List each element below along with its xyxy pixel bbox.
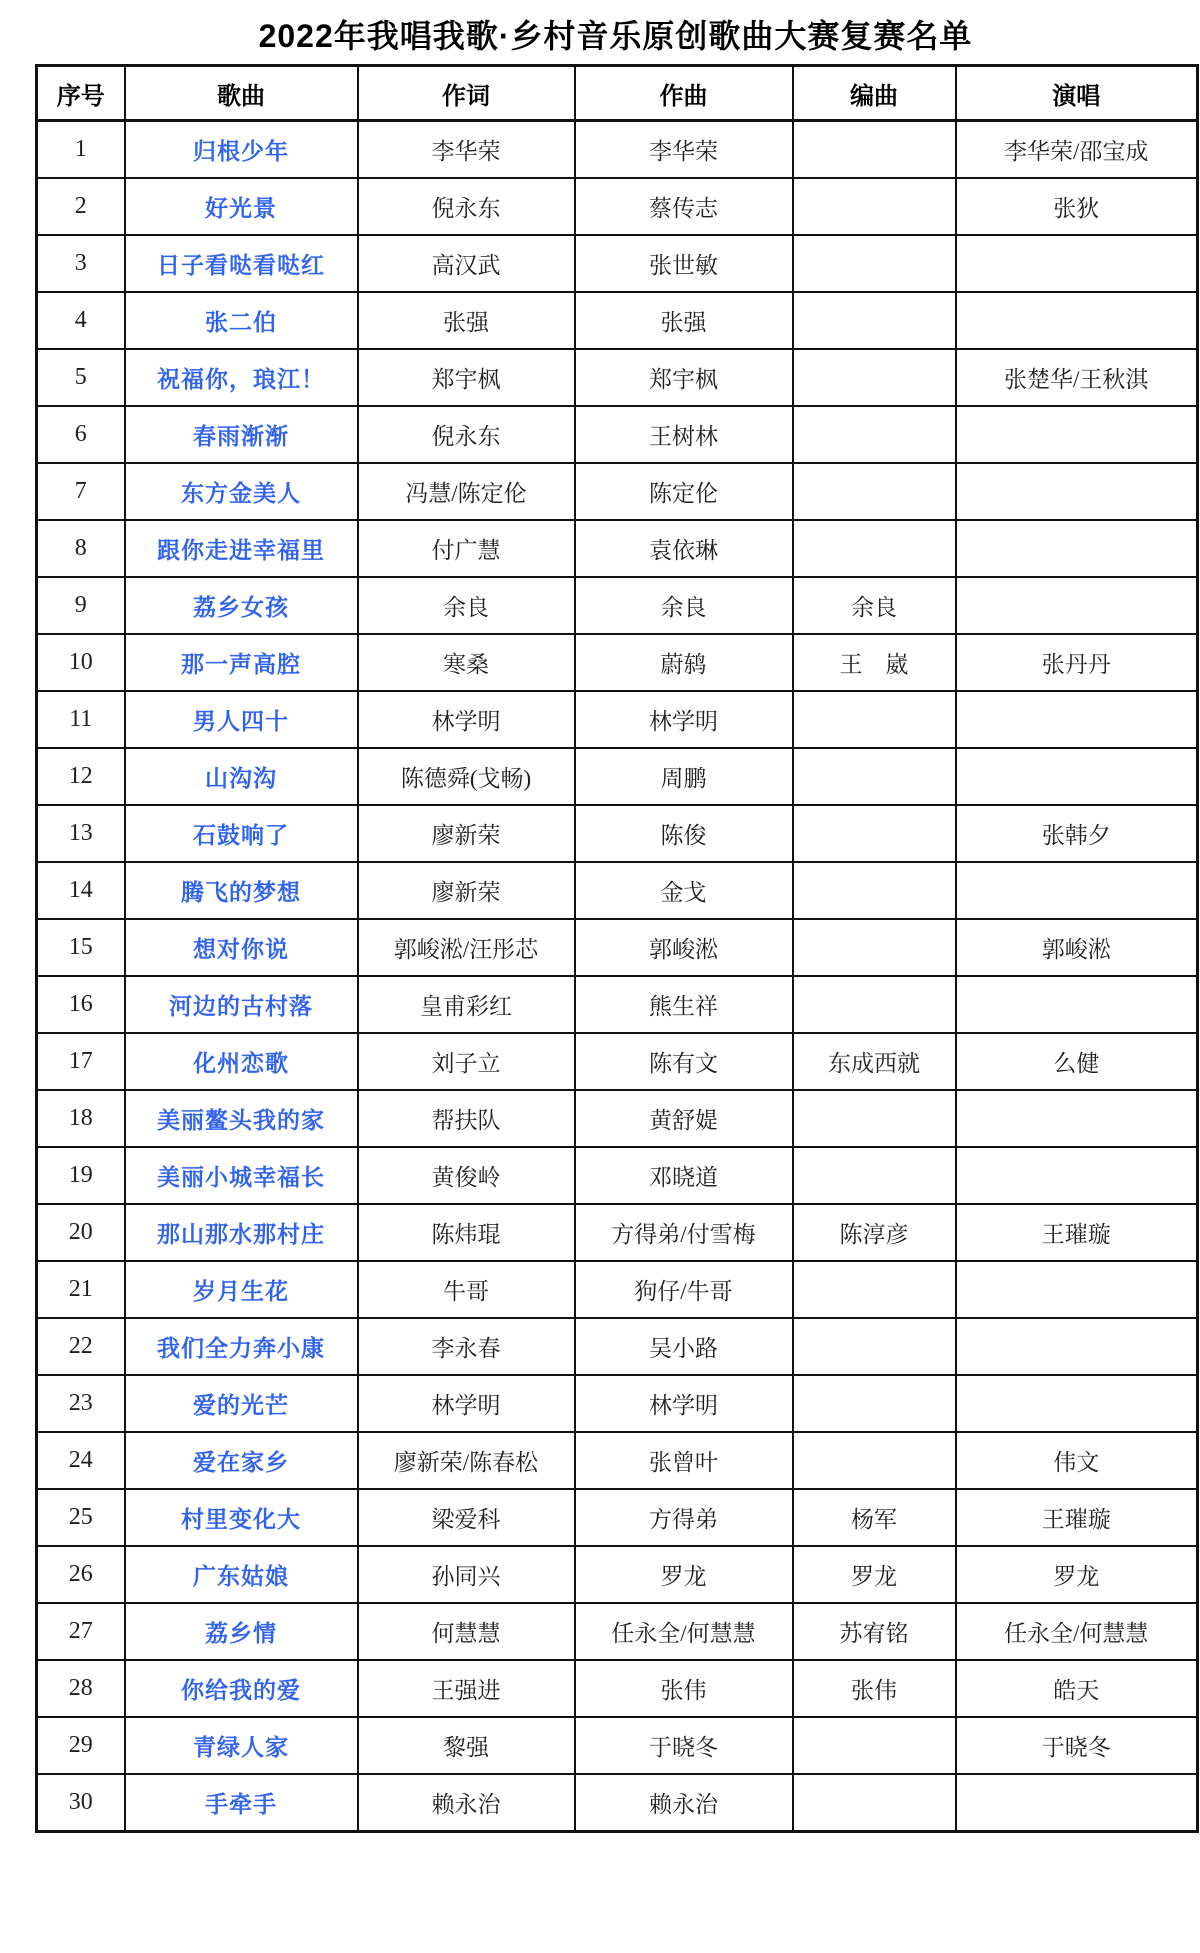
song-cell: 好光景 <box>125 178 358 235</box>
composer-cell: 蔡传志 <box>575 178 793 235</box>
index-cell: 4 <box>37 292 125 349</box>
table-row: 14 腾飞的梦想 廖新荣 金戈 <box>37 862 1198 919</box>
song-cell: 想对你说 <box>125 919 358 976</box>
singer-cell <box>956 748 1198 805</box>
header-arranger: 编曲 <box>793 66 956 121</box>
arranger-cell: 张伟 <box>793 1660 956 1717</box>
index-cell: 25 <box>37 1489 125 1546</box>
lyricist-cell: 王强进 <box>358 1660 575 1717</box>
singer-cell: 李华荣/邵宝成 <box>956 121 1198 179</box>
composer-cell: 王树林 <box>575 406 793 463</box>
composer-cell: 张伟 <box>575 1660 793 1717</box>
index-cell: 18 <box>37 1090 125 1147</box>
header-singer: 演唱 <box>956 66 1198 121</box>
composer-cell: 任永全/何慧慧 <box>575 1603 793 1660</box>
singer-cell: 张狄 <box>956 178 1198 235</box>
table-body: 1 归根少年 李华荣 李华荣 李华荣/邵宝成 2 好光景 倪永东 蔡传志 张狄 … <box>37 121 1198 1832</box>
song-cell: 腾飞的梦想 <box>125 862 358 919</box>
composer-cell: 周鹏 <box>575 748 793 805</box>
table-row: 3 日子看哒看哒红 高汉武 张世敏 <box>37 235 1198 292</box>
lyricist-cell: 郭峻淞/汪彤芯 <box>358 919 575 976</box>
arranger-cell <box>793 919 956 976</box>
lyricist-cell: 廖新荣/陈春松 <box>358 1432 575 1489</box>
lyricist-cell: 倪永东 <box>358 178 575 235</box>
lyricist-cell: 黄俊岭 <box>358 1147 575 1204</box>
arranger-cell <box>793 1090 956 1147</box>
singer-cell <box>956 406 1198 463</box>
table-row: 22 我们全力奔小康 李永春 吴小路 <box>37 1318 1198 1375</box>
composer-cell: 狗仔/牛哥 <box>575 1261 793 1318</box>
index-cell: 14 <box>37 862 125 919</box>
song-cell: 爱的光芒 <box>125 1375 358 1432</box>
composer-cell: 邓晓道 <box>575 1147 793 1204</box>
singer-cell: 王璀璇 <box>956 1204 1198 1261</box>
index-cell: 10 <box>37 634 125 691</box>
header-index: 序号 <box>37 66 125 121</box>
song-cell: 岁月生花 <box>125 1261 358 1318</box>
index-cell: 26 <box>37 1546 125 1603</box>
composer-cell: 陈有文 <box>575 1033 793 1090</box>
table-row: 18 美丽鳌头我的家 帮扶队 黄舒媞 <box>37 1090 1198 1147</box>
lyricist-cell: 廖新荣 <box>358 862 575 919</box>
arranger-cell: 罗龙 <box>793 1546 956 1603</box>
song-cell: 美丽小城幸福长 <box>125 1147 358 1204</box>
lyricist-cell: 李华荣 <box>358 121 575 179</box>
song-cell: 张二伯 <box>125 292 358 349</box>
song-cell: 男人四十 <box>125 691 358 748</box>
table-row: 28 你给我的爱 王强进 张伟 张伟 皓天 <box>37 1660 1198 1717</box>
arranger-cell <box>793 1261 956 1318</box>
arranger-cell <box>793 178 956 235</box>
index-cell: 1 <box>37 121 125 179</box>
lyricist-cell: 刘子立 <box>358 1033 575 1090</box>
composer-cell: 罗龙 <box>575 1546 793 1603</box>
table-row: 30 手牵手 赖永治 赖永治 <box>37 1774 1198 1832</box>
index-cell: 16 <box>37 976 125 1033</box>
arranger-cell <box>793 1432 956 1489</box>
singer-cell <box>956 1090 1198 1147</box>
singer-cell <box>956 292 1198 349</box>
lyricist-cell: 余良 <box>358 577 575 634</box>
composer-cell: 方得弟 <box>575 1489 793 1546</box>
lyricist-cell: 何慧慧 <box>358 1603 575 1660</box>
table-row: 4 张二伯 张强 张强 <box>37 292 1198 349</box>
index-cell: 5 <box>37 349 125 406</box>
lyricist-cell: 冯慧/陈定伦 <box>358 463 575 520</box>
index-cell: 20 <box>37 1204 125 1261</box>
song-cell: 那一声高腔 <box>125 634 358 691</box>
table-row: 9 荔乡女孩 余良 余良 余良 <box>37 577 1198 634</box>
arranger-cell: 王 崴 <box>793 634 956 691</box>
table-row: 10 那一声高腔 寒桑 蔚鸫 王 崴 张丹丹 <box>37 634 1198 691</box>
index-cell: 28 <box>37 1660 125 1717</box>
composer-cell: 金戈 <box>575 862 793 919</box>
song-cell: 青绿人家 <box>125 1717 358 1774</box>
table-row: 15 想对你说 郭峻淞/汪彤芯 郭峻淞 郭峻淞 <box>37 919 1198 976</box>
arranger-cell: 杨军 <box>793 1489 956 1546</box>
table-row: 6 春雨渐渐 倪永东 王树林 <box>37 406 1198 463</box>
composer-cell: 蔚鸫 <box>575 634 793 691</box>
table-row: 19 美丽小城幸福长 黄俊岭 邓晓道 <box>37 1147 1198 1204</box>
table-row: 29 青绿人家 黎强 于晓冬 于晓冬 <box>37 1717 1198 1774</box>
singer-cell: 皓天 <box>956 1660 1198 1717</box>
singer-cell: 罗龙 <box>956 1546 1198 1603</box>
lyricist-cell: 皇甫彩红 <box>358 976 575 1033</box>
contest-roster-table: 序号 歌曲 作词 作曲 编曲 演唱 1 归根少年 李华荣 李华荣 李华荣/邵宝成… <box>35 64 1199 1833</box>
lyricist-cell: 张强 <box>358 292 575 349</box>
table-row: 16 河边的古村落 皇甫彩红 熊生祥 <box>37 976 1198 1033</box>
song-cell: 归根少年 <box>125 121 358 179</box>
singer-cell: 张丹丹 <box>956 634 1198 691</box>
song-cell: 你给我的爱 <box>125 1660 358 1717</box>
arranger-cell: 余良 <box>793 577 956 634</box>
singer-cell: 于晓冬 <box>956 1717 1198 1774</box>
index-cell: 13 <box>37 805 125 862</box>
index-cell: 30 <box>37 1774 125 1832</box>
table-row: 26 广东姑娘 孙同兴 罗龙 罗龙 罗龙 <box>37 1546 1198 1603</box>
lyricist-cell: 郑宇枫 <box>358 349 575 406</box>
lyricist-cell: 陈炜琨 <box>358 1204 575 1261</box>
arranger-cell <box>793 691 956 748</box>
arranger-cell <box>793 520 956 577</box>
index-cell: 8 <box>37 520 125 577</box>
index-cell: 7 <box>37 463 125 520</box>
arranger-cell <box>793 121 956 179</box>
composer-cell: 林学明 <box>575 1375 793 1432</box>
table-row: 1 归根少年 李华荣 李华荣 李华荣/邵宝成 <box>37 121 1198 179</box>
header-song: 歌曲 <box>125 66 358 121</box>
table-row: 2 好光景 倪永东 蔡传志 张狄 <box>37 178 1198 235</box>
arranger-cell <box>793 1375 956 1432</box>
composer-cell: 袁依琳 <box>575 520 793 577</box>
singer-cell <box>956 862 1198 919</box>
arranger-cell <box>793 406 956 463</box>
composer-cell: 郑宇枫 <box>575 349 793 406</box>
header-lyricist: 作词 <box>358 66 575 121</box>
lyricist-cell: 林学明 <box>358 691 575 748</box>
composer-cell: 陈俊 <box>575 805 793 862</box>
arranger-cell <box>793 748 956 805</box>
song-cell: 跟你走进幸福里 <box>125 520 358 577</box>
lyricist-cell: 李永春 <box>358 1318 575 1375</box>
table-row: 11 男人四十 林学明 林学明 <box>37 691 1198 748</box>
song-cell: 石鼓响了 <box>125 805 358 862</box>
composer-cell: 张世敏 <box>575 235 793 292</box>
song-cell: 我们全力奔小康 <box>125 1318 358 1375</box>
table-row: 25 村里变化大 梁爱科 方得弟 杨军 王璀璇 <box>37 1489 1198 1546</box>
arranger-cell <box>793 349 956 406</box>
song-cell: 手牵手 <box>125 1774 358 1832</box>
singer-cell <box>956 1147 1198 1204</box>
composer-cell: 郭峻淞 <box>575 919 793 976</box>
arranger-cell <box>793 805 956 862</box>
index-cell: 23 <box>37 1375 125 1432</box>
singer-cell: 任永全/何慧慧 <box>956 1603 1198 1660</box>
singer-cell <box>956 577 1198 634</box>
lyricist-cell: 梁爱科 <box>358 1489 575 1546</box>
singer-cell <box>956 463 1198 520</box>
index-cell: 29 <box>37 1717 125 1774</box>
song-cell: 广东姑娘 <box>125 1546 358 1603</box>
arranger-cell: 东成西就 <box>793 1033 956 1090</box>
singer-cell <box>956 520 1198 577</box>
index-cell: 11 <box>37 691 125 748</box>
singer-cell: 伟文 <box>956 1432 1198 1489</box>
song-cell: 荔乡女孩 <box>125 577 358 634</box>
lyricist-cell: 倪永东 <box>358 406 575 463</box>
song-cell: 日子看哒看哒红 <box>125 235 358 292</box>
arranger-cell <box>793 976 956 1033</box>
lyricist-cell: 黎强 <box>358 1717 575 1774</box>
composer-cell: 熊生祥 <box>575 976 793 1033</box>
composer-cell: 林学明 <box>575 691 793 748</box>
composer-cell: 方得弟/付雪梅 <box>575 1204 793 1261</box>
singer-cell: 郭峻淞 <box>956 919 1198 976</box>
document-page: 2022年我唱我歌·乡村音乐原创歌曲大赛复赛名单 序号 歌曲 作词 作曲 编曲 … <box>0 0 1200 1953</box>
index-cell: 3 <box>37 235 125 292</box>
singer-cell <box>956 1318 1198 1375</box>
table-row: 8 跟你走进幸福里 付广慧 袁依琳 <box>37 520 1198 577</box>
index-cell: 27 <box>37 1603 125 1660</box>
lyricist-cell: 帮扶队 <box>358 1090 575 1147</box>
lyricist-cell: 孙同兴 <box>358 1546 575 1603</box>
arranger-cell <box>793 862 956 919</box>
singer-cell: 张韩夕 <box>956 805 1198 862</box>
index-cell: 15 <box>37 919 125 976</box>
song-cell: 那山那水那村庄 <box>125 1204 358 1261</box>
table-row: 5 祝福你，琅江！ 郑宇枫 郑宇枫 张楚华/王秋淇 <box>37 349 1198 406</box>
arranger-cell <box>793 1147 956 1204</box>
song-cell: 祝福你，琅江！ <box>125 349 358 406</box>
index-cell: 6 <box>37 406 125 463</box>
lyricist-cell: 赖永治 <box>358 1774 575 1832</box>
song-cell: 爱在家乡 <box>125 1432 358 1489</box>
table-row: 21 岁月生花 牛哥 狗仔/牛哥 <box>37 1261 1198 1318</box>
index-cell: 2 <box>37 178 125 235</box>
song-cell: 河边的古村落 <box>125 976 358 1033</box>
header-composer: 作曲 <box>575 66 793 121</box>
composer-cell: 于晓冬 <box>575 1717 793 1774</box>
singer-cell <box>956 976 1198 1033</box>
singer-cell <box>956 691 1198 748</box>
composer-cell: 李华荣 <box>575 121 793 179</box>
lyricist-cell: 陈德舜(戈畅) <box>358 748 575 805</box>
song-cell: 美丽鳌头我的家 <box>125 1090 358 1147</box>
song-cell: 化州恋歌 <box>125 1033 358 1090</box>
song-cell: 春雨渐渐 <box>125 406 358 463</box>
song-cell: 荔乡情 <box>125 1603 358 1660</box>
table-row: 27 荔乡情 何慧慧 任永全/何慧慧 苏宥铭 任永全/何慧慧 <box>37 1603 1198 1660</box>
composer-cell: 赖永治 <box>575 1774 793 1832</box>
composer-cell: 余良 <box>575 577 793 634</box>
index-cell: 9 <box>37 577 125 634</box>
singer-cell <box>956 1261 1198 1318</box>
lyricist-cell: 高汉武 <box>358 235 575 292</box>
table-row: 12 山沟沟 陈德舜(戈畅) 周鹏 <box>37 748 1198 805</box>
arranger-cell <box>793 292 956 349</box>
song-cell: 东方金美人 <box>125 463 358 520</box>
composer-cell: 黄舒媞 <box>575 1090 793 1147</box>
singer-cell <box>956 1774 1198 1832</box>
table-row: 20 那山那水那村庄 陈炜琨 方得弟/付雪梅 陈淳彦 王璀璇 <box>37 1204 1198 1261</box>
index-cell: 12 <box>37 748 125 805</box>
index-cell: 19 <box>37 1147 125 1204</box>
lyricist-cell: 寒桑 <box>358 634 575 691</box>
table-row: 24 爱在家乡 廖新荣/陈春松 张曾叶 伟文 <box>37 1432 1198 1489</box>
arranger-cell <box>793 1318 956 1375</box>
index-cell: 21 <box>37 1261 125 1318</box>
index-cell: 24 <box>37 1432 125 1489</box>
composer-cell: 陈定伦 <box>575 463 793 520</box>
composer-cell: 张曾叶 <box>575 1432 793 1489</box>
arranger-cell <box>793 463 956 520</box>
lyricist-cell: 廖新荣 <box>358 805 575 862</box>
arranger-cell <box>793 1774 956 1832</box>
table-row: 7 东方金美人 冯慧/陈定伦 陈定伦 <box>37 463 1198 520</box>
lyricist-cell: 林学明 <box>358 1375 575 1432</box>
song-cell: 村里变化大 <box>125 1489 358 1546</box>
singer-cell <box>956 1375 1198 1432</box>
lyricist-cell: 牛哥 <box>358 1261 575 1318</box>
composer-cell: 张强 <box>575 292 793 349</box>
singer-cell <box>956 235 1198 292</box>
singer-cell: 张楚华/王秋淇 <box>956 349 1198 406</box>
composer-cell: 吴小路 <box>575 1318 793 1375</box>
song-cell: 山沟沟 <box>125 748 358 805</box>
index-cell: 22 <box>37 1318 125 1375</box>
arranger-cell <box>793 1717 956 1774</box>
table-row: 17 化州恋歌 刘子立 陈有文 东成西就 么健 <box>37 1033 1198 1090</box>
table-header-row: 序号 歌曲 作词 作曲 编曲 演唱 <box>37 66 1198 121</box>
arranger-cell: 苏宥铭 <box>793 1603 956 1660</box>
table-row: 13 石鼓响了 廖新荣 陈俊 张韩夕 <box>37 805 1198 862</box>
index-cell: 17 <box>37 1033 125 1090</box>
singer-cell: 么健 <box>956 1033 1198 1090</box>
table-row: 23 爱的光芒 林学明 林学明 <box>37 1375 1198 1432</box>
arranger-cell <box>793 235 956 292</box>
singer-cell: 王璀璇 <box>956 1489 1198 1546</box>
page-title: 2022年我唱我歌·乡村音乐原创歌曲大赛复赛名单 <box>35 0 1196 64</box>
lyricist-cell: 付广慧 <box>358 520 575 577</box>
arranger-cell: 陈淳彦 <box>793 1204 956 1261</box>
